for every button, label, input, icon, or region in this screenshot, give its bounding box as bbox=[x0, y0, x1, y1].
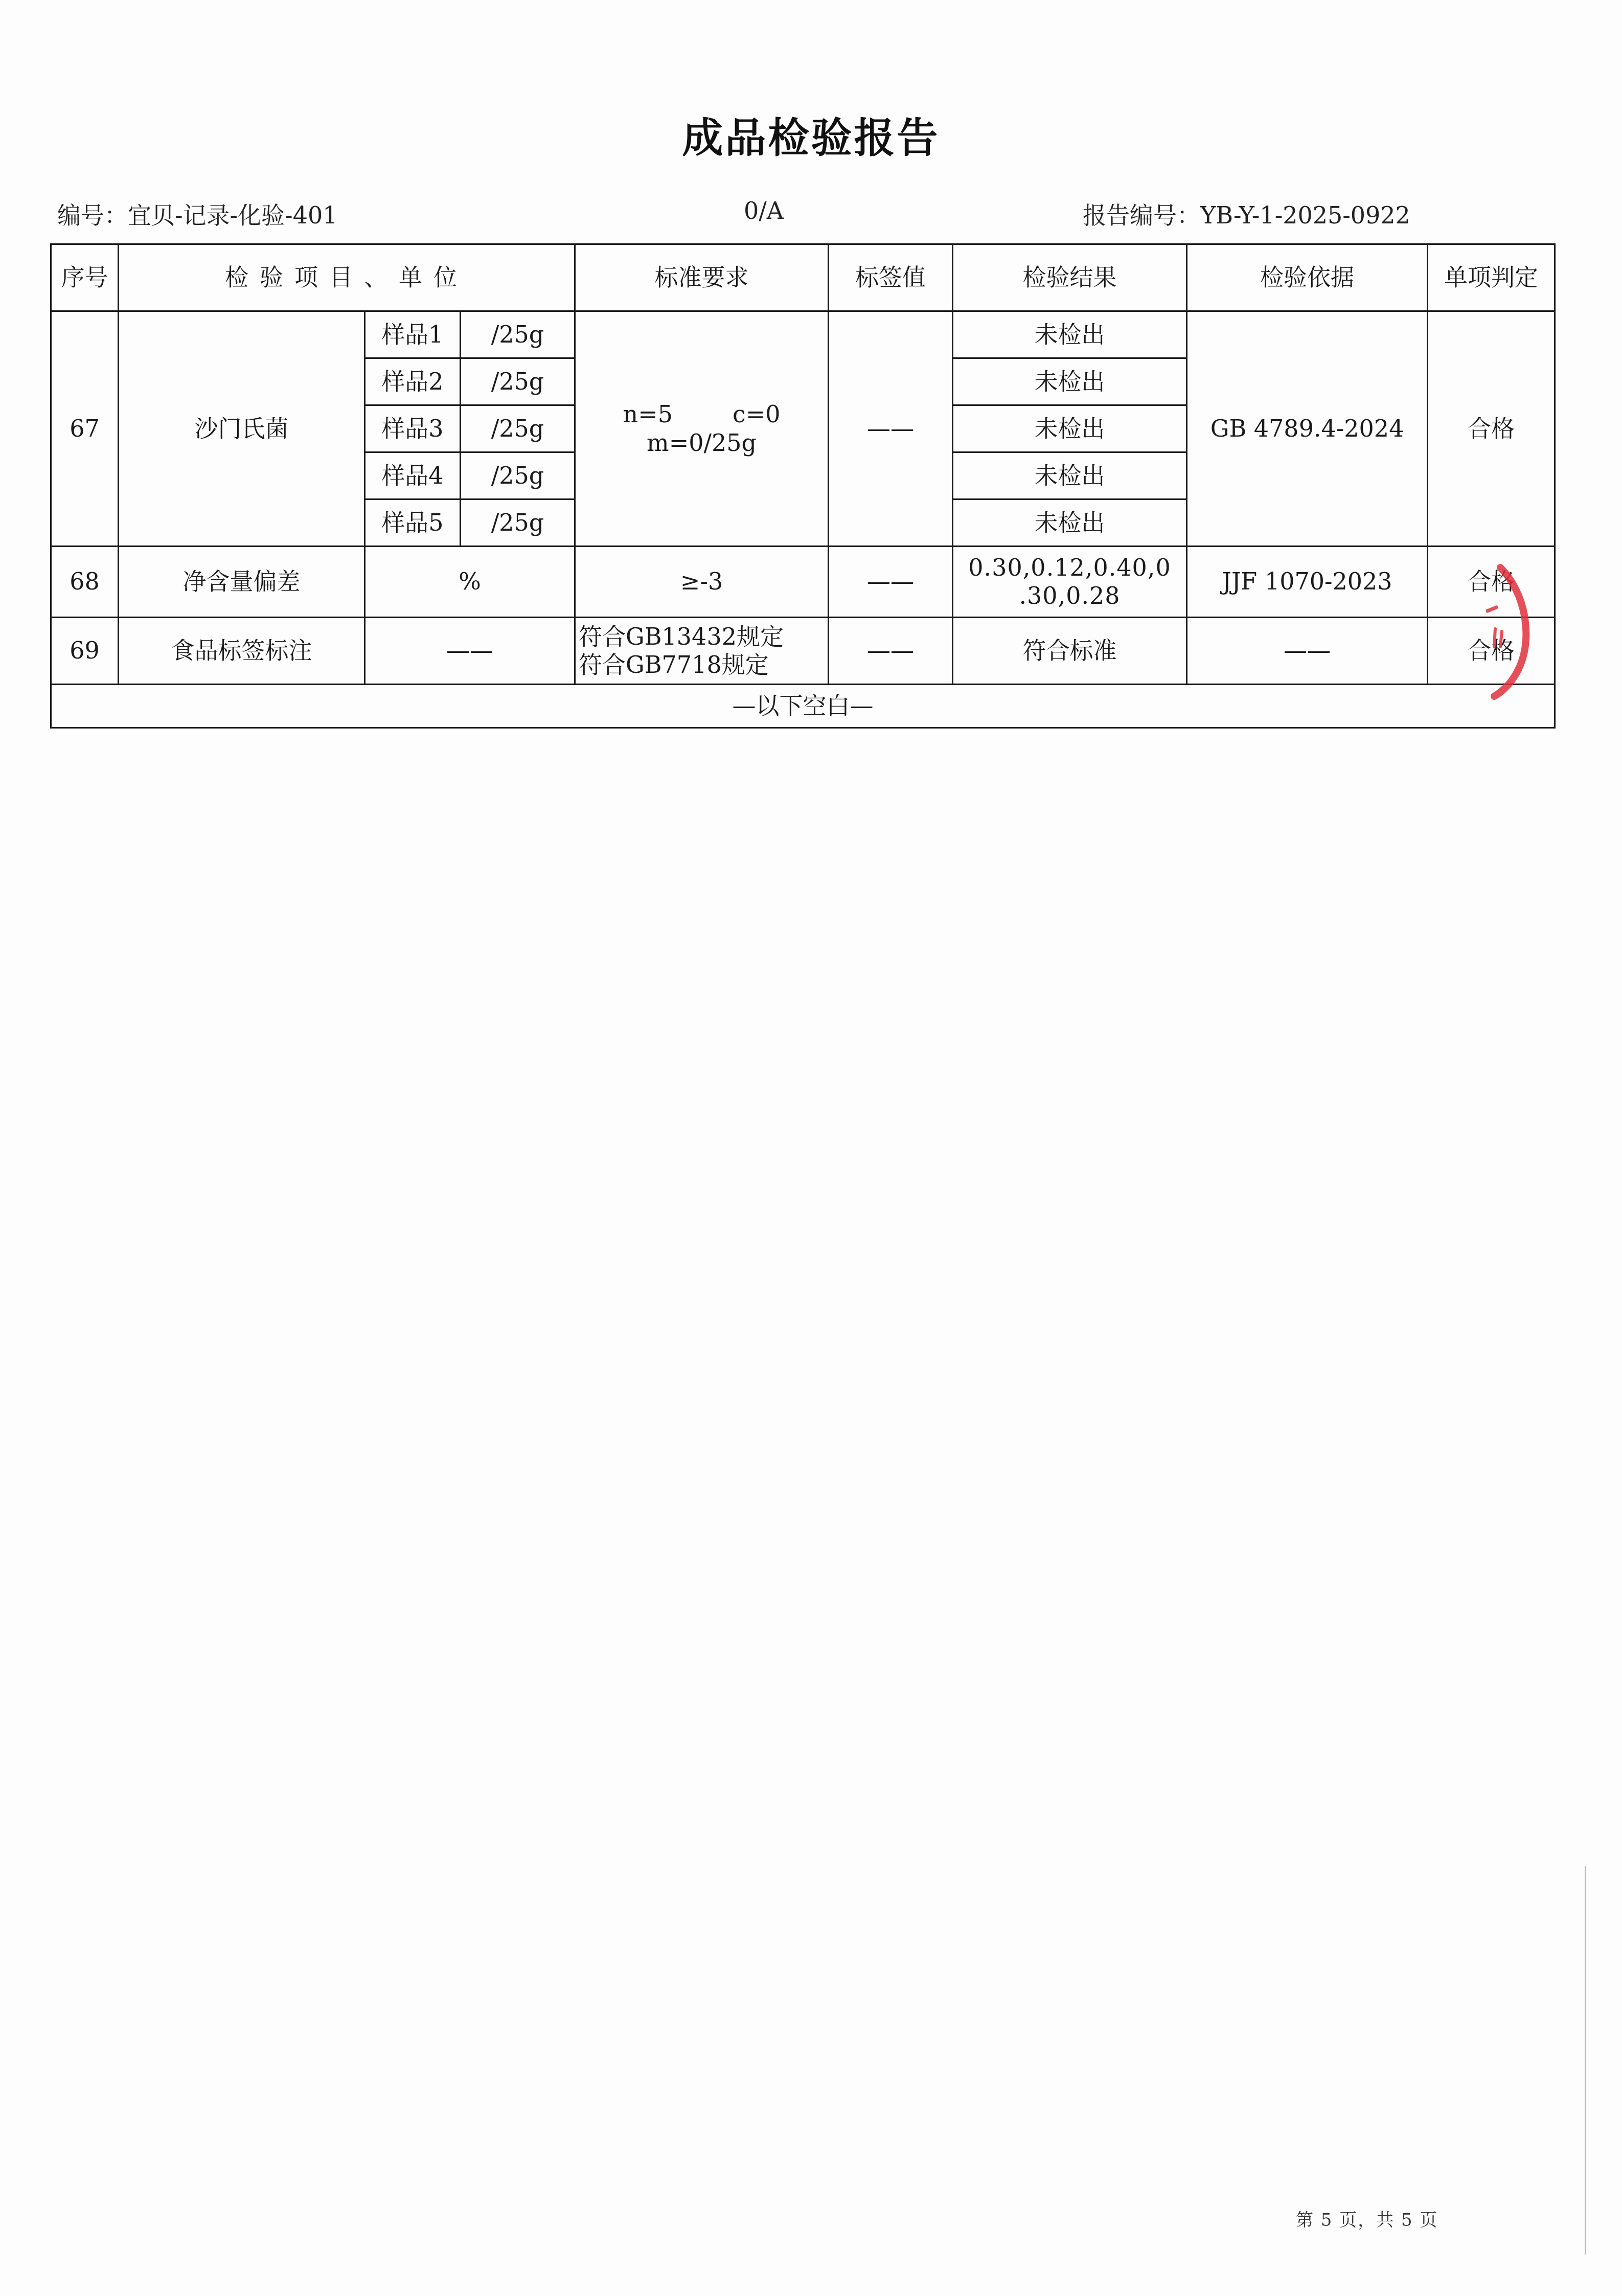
record-number: 编号：宜贝-记录-化验-401 bbox=[57, 197, 337, 231]
table-row: 69 食品标签标注 —— 符合GB13432规定 符合GB7718规定 —— 符… bbox=[51, 618, 1555, 685]
result-line-1: 0.30,0.12,0.40,0 bbox=[953, 554, 1186, 582]
row-unit: % bbox=[365, 547, 575, 618]
sample-name: 样品4 bbox=[365, 452, 461, 499]
row-unit: —— bbox=[365, 618, 575, 685]
table-header-row: 序号 检验项目、单位 标准要求 标签值 检验结果 检验依据 单项判定 bbox=[51, 244, 1555, 311]
row-item: 净含量偏差 bbox=[119, 547, 365, 618]
sample-name: 样品5 bbox=[365, 499, 461, 547]
standard-line-1: 符合GB13432规定 bbox=[579, 623, 828, 651]
row-result: 0.30,0.12,0.40,0 .30,0.28 bbox=[953, 547, 1187, 618]
row-standard: 符合GB13432规定 符合GB7718规定 bbox=[575, 618, 829, 685]
row-basis: —— bbox=[1187, 618, 1428, 685]
standard-line-2: 符合GB7718规定 bbox=[579, 651, 828, 679]
sample-result: 未检出 bbox=[953, 452, 1187, 499]
row-judgement: 合格 bbox=[1428, 547, 1555, 618]
result-line-2: .30,0.28 bbox=[953, 582, 1186, 610]
row-item: 沙门氏菌 bbox=[119, 311, 365, 547]
header-basis: 检验依据 bbox=[1187, 244, 1428, 311]
row-standard: n=5 c=0 m=0/25g bbox=[575, 311, 829, 547]
header-item: 检验项目、单位 bbox=[119, 244, 575, 311]
row-judgement: 合格 bbox=[1428, 618, 1555, 685]
row-no: 67 bbox=[51, 311, 119, 547]
header-judgement: 单项判定 bbox=[1428, 244, 1555, 311]
header-label-value: 标签值 bbox=[829, 244, 953, 311]
header-no: 序号 bbox=[51, 244, 119, 311]
row-no: 68 bbox=[51, 547, 119, 618]
sample-result: 未检出 bbox=[953, 405, 1187, 452]
standard-line-1: n=5 c=0 bbox=[576, 400, 828, 428]
sample-unit: /25g bbox=[461, 452, 575, 499]
table-row: 67 沙门氏菌 样品1 /25g n=5 c=0 m=0/25g —— 未检出 … bbox=[51, 311, 1555, 358]
sample-name: 样品1 bbox=[365, 311, 461, 358]
row-label-value: —— bbox=[829, 618, 953, 685]
sample-unit: /25g bbox=[461, 405, 575, 452]
row-label-value: —— bbox=[829, 311, 953, 547]
report-title: 成品检验报告 bbox=[0, 105, 1622, 164]
header-result: 检验结果 bbox=[953, 244, 1187, 311]
row-standard: ≥-3 bbox=[575, 547, 829, 618]
sample-name: 样品3 bbox=[365, 405, 461, 452]
page-footer: 第 5 页，共 5 页 bbox=[1296, 2206, 1438, 2231]
row-basis: GB 4789.4-2024 bbox=[1187, 311, 1428, 547]
inspection-table: 序号 检验项目、单位 标准要求 标签值 检验结果 检验依据 单项判定 67 沙门… bbox=[50, 243, 1556, 729]
row-item: 食品标签标注 bbox=[119, 618, 365, 685]
table-row: 68 净含量偏差 % ≥-3 —— 0.30,0.12,0.40,0 .30,0… bbox=[51, 547, 1555, 618]
sample-unit: /25g bbox=[461, 499, 575, 547]
sample-name: 样品2 bbox=[365, 358, 461, 405]
sample-result: 未检出 bbox=[953, 358, 1187, 405]
sample-unit: /25g bbox=[461, 358, 575, 405]
header-standard: 标准要求 bbox=[575, 244, 829, 311]
row-judgement: 合格 bbox=[1428, 311, 1555, 547]
version-label: 0/A bbox=[744, 197, 784, 224]
blank-note: —以下空白— bbox=[51, 685, 1555, 728]
sample-unit: /25g bbox=[461, 311, 575, 358]
row-basis: JJF 1070-2023 bbox=[1187, 547, 1428, 618]
scan-edge-line bbox=[1585, 1866, 1586, 2255]
row-label-value: —— bbox=[829, 547, 953, 618]
standard-line-2: m=0/25g bbox=[576, 429, 828, 457]
sample-result: 未检出 bbox=[953, 499, 1187, 547]
sample-result: 未检出 bbox=[953, 311, 1187, 358]
blank-row: —以下空白— bbox=[51, 685, 1555, 728]
row-no: 69 bbox=[51, 618, 119, 685]
report-number: 报告编号：YB-Y-1-2025-0922 bbox=[1083, 197, 1410, 231]
row-result: 符合标准 bbox=[953, 618, 1187, 685]
